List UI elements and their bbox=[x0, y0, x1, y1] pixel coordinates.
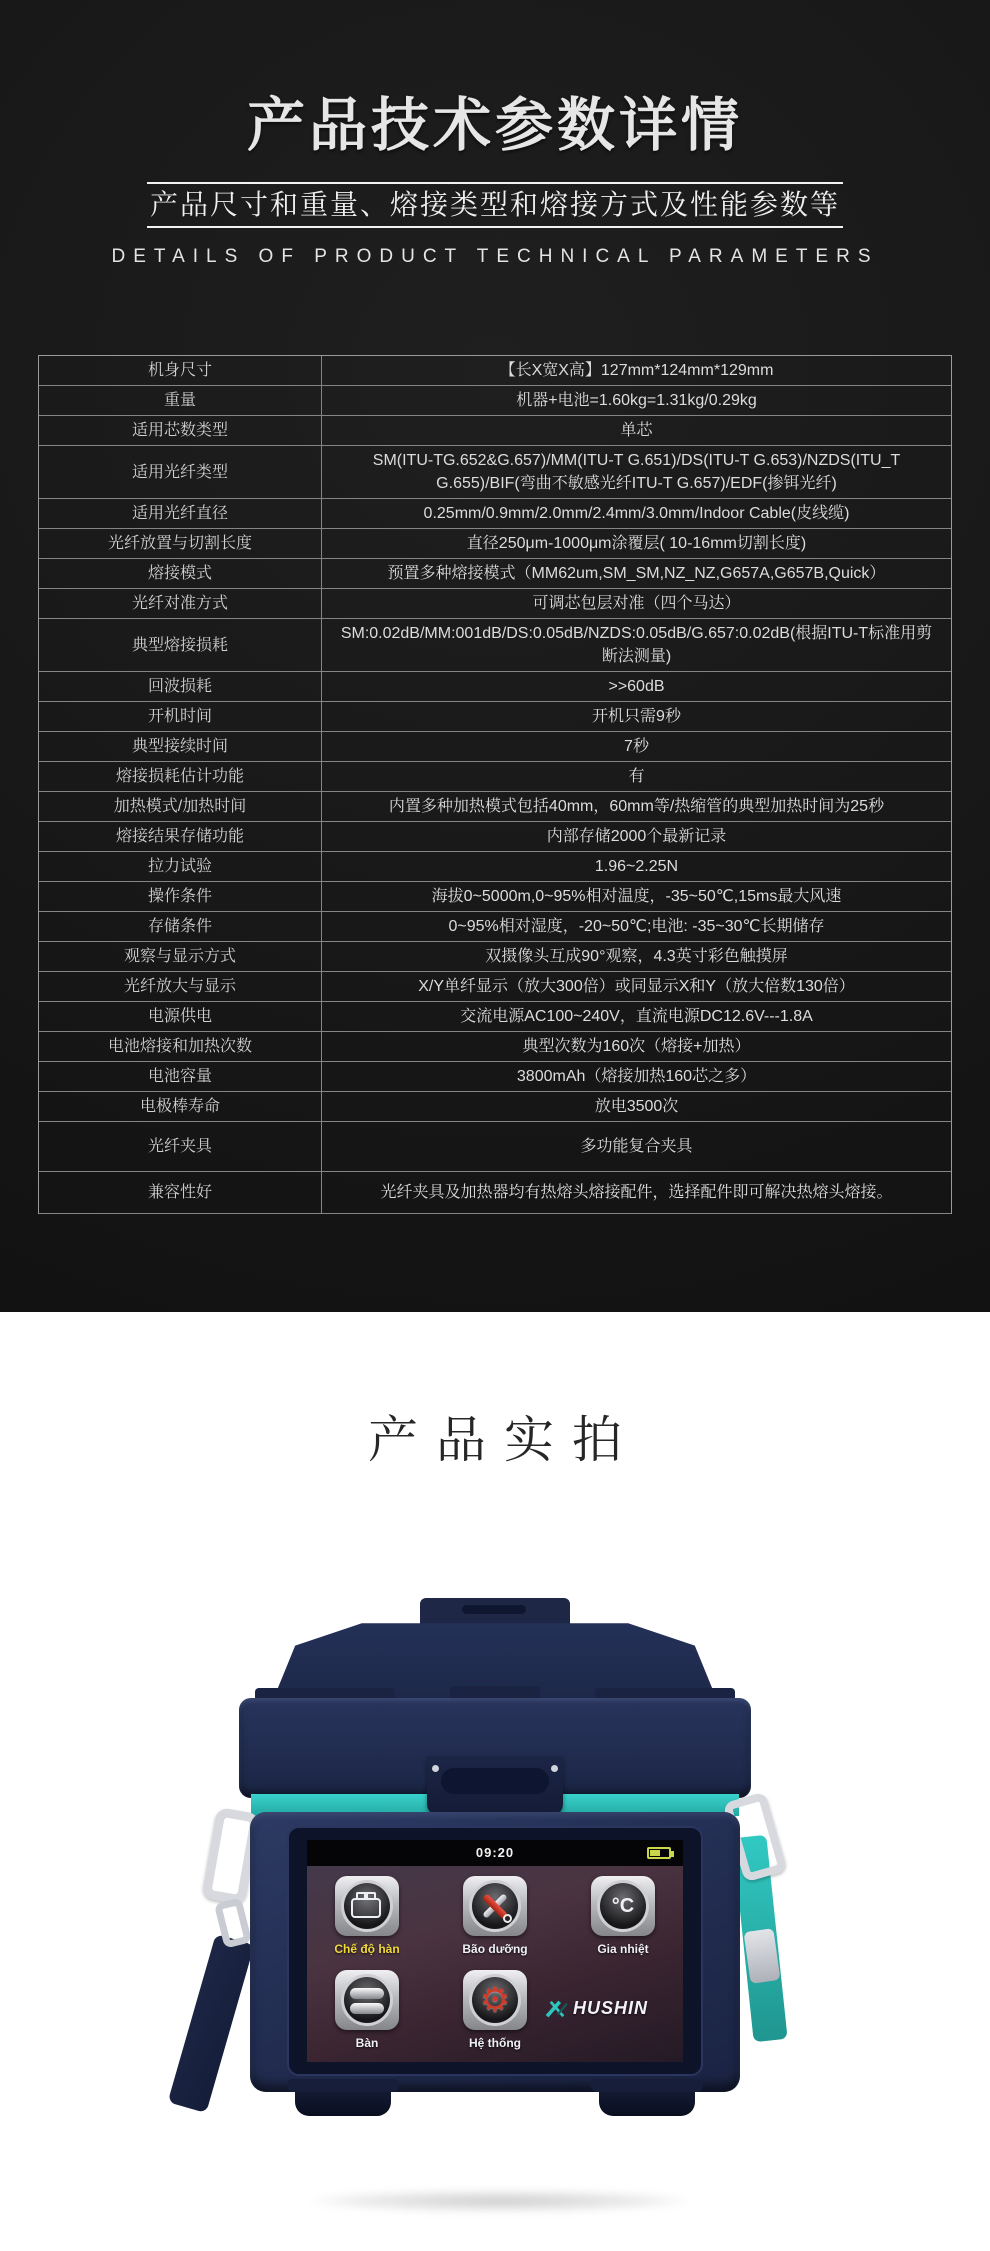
brand-logo: HUSHIN bbox=[545, 1998, 648, 2019]
table-row: 光纤对准方式可调芯包层对准（四个马达） bbox=[39, 589, 951, 619]
device-handle bbox=[420, 1598, 570, 1624]
spec-label: 拉力试验 bbox=[39, 852, 322, 881]
spec-label: 光纤对准方式 bbox=[39, 589, 322, 618]
spec-label: 光纤放大与显示 bbox=[39, 972, 322, 1001]
screen-status-bar: 09:20 bbox=[307, 1840, 683, 1866]
spec-value: 【长X宽X高】127mm*124mm*129mm bbox=[322, 356, 951, 385]
device-screen: 09:20 bbox=[307, 1840, 683, 2062]
section-subtitle-english: DETAILS OF PRODUCT TECHNICAL PARAMETERS bbox=[0, 246, 990, 268]
table-row: 适用芯数类型单芯 bbox=[39, 416, 951, 446]
table-row: 熔接模式预置多种熔接模式（MM62um,SM_SM,NZ_NZ,G657A,G6… bbox=[39, 559, 951, 589]
spec-value: 开机只需9秒 bbox=[322, 702, 951, 731]
spec-label: 光纤夹具 bbox=[39, 1122, 322, 1171]
spec-label: 熔接结果存储功能 bbox=[39, 822, 322, 851]
spec-value: >>60dB bbox=[322, 672, 951, 701]
table-row: 电极棒寿命放电3500次 bbox=[39, 1092, 951, 1122]
latch-hinge-bar bbox=[441, 1768, 549, 1794]
battery-nub bbox=[671, 1851, 674, 1857]
spec-value: 内置多种加热模式包括40mm，60mm等/热缩管的典型加热时间为25秒 bbox=[322, 792, 951, 821]
spec-value: 放电3500次 bbox=[322, 1092, 951, 1121]
gear-glyph: ⚙ bbox=[480, 1982, 510, 2018]
spec-value: 多功能复合夹具 bbox=[322, 1122, 951, 1171]
spec-value: 1.96~2.25N bbox=[322, 852, 951, 881]
spec-label: 存储条件 bbox=[39, 912, 322, 941]
spec-value: 3800mAh（熔接加热160芯之多） bbox=[322, 1062, 951, 1091]
menu-tile-heating: °C bbox=[591, 1876, 655, 1936]
spec-label: 典型熔接损耗 bbox=[39, 619, 322, 671]
spec-value: 机器+电池=1.60kg=1.31kg/0.29kg bbox=[322, 386, 951, 415]
table-row: 开机时间开机只需9秒 bbox=[39, 702, 951, 732]
hinge-pin bbox=[551, 1765, 558, 1772]
spec-label: 适用芯数类型 bbox=[39, 416, 322, 445]
table-row: 适用光纤类型SM(ITU-TG.652&G.657)/MM(ITU-T G.65… bbox=[39, 446, 951, 499]
splice-mode-icon bbox=[341, 1880, 393, 1932]
spec-label: 适用光纤直径 bbox=[39, 499, 322, 528]
battery-fill bbox=[650, 1850, 660, 1856]
spec-value: 可调芯包层对准（四个马达） bbox=[322, 589, 951, 618]
spec-value: 典型次数为160次（熔接+加热） bbox=[322, 1032, 951, 1061]
fusion-splicer-photo: 09:20 bbox=[195, 1598, 795, 2223]
spec-label: 电池熔接和加热次数 bbox=[39, 1032, 322, 1061]
lid-latch bbox=[427, 1756, 563, 1816]
table-row: 适用光纤直径0.25mm/0.9mm/2.0mm/2.4mm/3.0mm/Ind… bbox=[39, 499, 951, 529]
screen-clock: 09:20 bbox=[307, 1840, 683, 1866]
spec-value: 0~95%相对湿度，-20~50℃;电池: -35~30℃长期储存 bbox=[322, 912, 951, 941]
table-row: 拉力试验1.96~2.25N bbox=[39, 852, 951, 882]
spec-label: 熔接模式 bbox=[39, 559, 322, 588]
spec-label: 电源供电 bbox=[39, 1002, 322, 1031]
product-photo-section: 产品实拍 bbox=[0, 1312, 990, 2251]
table-row: 电源供电交流电源AC100~240V，直流电源DC12.6V---1.8A bbox=[39, 1002, 951, 1032]
product-detail-page: 产品技术参数详情 产品尺寸和重量、熔接类型和熔接方式及性能参数等 DETAILS… bbox=[0, 0, 990, 2251]
spec-value: 海拔0~5000m,0~95%相对温度，-35~50℃,15ms最大风速 bbox=[322, 882, 951, 911]
table-row: 光纤夹具多功能复合夹具 bbox=[39, 1122, 951, 1172]
spec-label: 回波损耗 bbox=[39, 672, 322, 701]
maintenance-tools-icon bbox=[469, 1880, 521, 1932]
spec-value: SM:0.02dB/MM:001dB/DS:0.05dB/NZDS:0.05dB… bbox=[322, 619, 951, 671]
brand-name: HUSHIN bbox=[573, 1998, 648, 2019]
heating-icon: °C bbox=[597, 1880, 649, 1932]
spec-label: 光纤放置与切割长度 bbox=[39, 529, 322, 558]
device-foot-left bbox=[295, 2086, 391, 2116]
spec-label: 典型接续时间 bbox=[39, 732, 322, 761]
spec-label: 电极棒寿命 bbox=[39, 1092, 322, 1121]
photo-section-heading: 产品实拍 bbox=[0, 1400, 990, 1472]
electrodes-icon bbox=[341, 1974, 393, 2026]
divider-line-bottom bbox=[147, 226, 843, 228]
electrode-glyph bbox=[350, 1988, 384, 1999]
table-row: 典型接续时间7秒 bbox=[39, 732, 951, 762]
battery-icon bbox=[647, 1847, 671, 1859]
spec-label: 熔接损耗估计功能 bbox=[39, 762, 322, 791]
menu-tile-maintenance bbox=[463, 1876, 527, 1936]
spec-label: 兼容性好 bbox=[39, 1172, 322, 1213]
hinge-pin bbox=[432, 1765, 439, 1772]
spec-value: 7秒 bbox=[322, 732, 951, 761]
spec-value: 交流电源AC100~240V，直流电源DC12.6V---1.8A bbox=[322, 1002, 951, 1031]
table-row: 重量机器+电池=1.60kg=1.31kg/0.29kg bbox=[39, 386, 951, 416]
table-row: 观察与显示方式双摄像头互成90°观察，4.3英寸彩色触摸屏 bbox=[39, 942, 951, 972]
table-row: 光纤放大与显示X/Y单纤显示（放大300倍）或同显示X和Y（放大倍数130倍） bbox=[39, 972, 951, 1002]
table-row: 回波损耗>>60dB bbox=[39, 672, 951, 702]
table-row: 兼容性好光纤夹具及加热器均有热熔头熔接配件，选择配件即可解决热熔头熔接。 bbox=[39, 1172, 951, 1214]
menu-tile-splice-mode bbox=[335, 1876, 399, 1936]
table-row: 电池熔接和加热次数典型次数为160次（熔接+加热） bbox=[39, 1032, 951, 1062]
spec-value: 直径250μm-1000μm涂覆层( 10-16mm切割长度) bbox=[322, 529, 951, 558]
table-row: 光纤放置与切割长度直径250μm-1000μm涂覆层( 10-16mm切割长度) bbox=[39, 529, 951, 559]
table-row: 机身尺寸【长X宽X高】127mm*124mm*129mm bbox=[39, 356, 951, 386]
table-row: 操作条件海拔0~5000m,0~95%相对温度，-35~50℃,15ms最大风速 bbox=[39, 882, 951, 912]
menu-label-splice-mode: Chế độ hàn bbox=[307, 1942, 427, 1956]
section-title: 产品技术参数详情 bbox=[0, 78, 990, 162]
spec-label: 电池容量 bbox=[39, 1062, 322, 1091]
menu-tile-system: ⚙ bbox=[463, 1970, 527, 2030]
menu-label-heating: Gia nhiệt bbox=[563, 1942, 683, 1956]
table-row: 熔接损耗估计功能有 bbox=[39, 762, 951, 792]
spec-label: 适用光纤类型 bbox=[39, 446, 322, 498]
table-row: 加热模式/加热时间内置多种加热模式包括40mm，60mm等/热缩管的典型加热时间… bbox=[39, 792, 951, 822]
splicer-glyph bbox=[351, 1898, 381, 1918]
menu-label-maintenance: Bão dưỡng bbox=[435, 1942, 555, 1956]
spec-label: 观察与显示方式 bbox=[39, 942, 322, 971]
spec-value: X/Y单纤显示（放大300倍）或同显示X和Y（放大倍数130倍） bbox=[322, 972, 951, 1001]
spec-value: SM(ITU-TG.652&G.657)/MM(ITU-T G.651)/DS(… bbox=[322, 446, 951, 498]
spec-value: 光纤夹具及加热器均有热熔头熔接配件，选择配件即可解决热熔头熔接。 bbox=[322, 1172, 951, 1213]
brand-x-icon bbox=[545, 2000, 569, 2018]
system-gear-icon: ⚙ bbox=[469, 1974, 521, 2026]
electrode-glyph bbox=[350, 2003, 384, 2014]
spec-value: 双摄像头互成90°观察，4.3英寸彩色触摸屏 bbox=[322, 942, 951, 971]
spec-table: 机身尺寸【长X宽X高】127mm*124mm*129mm 重量机器+电池=1.6… bbox=[38, 355, 952, 1214]
spec-value: 0.25mm/0.9mm/2.0mm/2.4mm/3.0mm/Indoor Ca… bbox=[322, 499, 951, 528]
spec-value: 内部存储2000个最新记录 bbox=[322, 822, 951, 851]
spec-label: 加热模式/加热时间 bbox=[39, 792, 322, 821]
spec-label: 重量 bbox=[39, 386, 322, 415]
table-row: 典型熔接损耗SM:0.02dB/MM:001dB/DS:0.05dB/NZDS:… bbox=[39, 619, 951, 672]
device-foot-right bbox=[599, 2086, 695, 2116]
divider-line-top bbox=[147, 182, 843, 184]
left-strap bbox=[168, 1934, 255, 2113]
spec-label: 开机时间 bbox=[39, 702, 322, 731]
spec-value: 单芯 bbox=[322, 416, 951, 445]
spec-label: 操作条件 bbox=[39, 882, 322, 911]
handle-slot bbox=[462, 1605, 526, 1614]
celsius-glyph: °C bbox=[612, 1895, 634, 1918]
menu-label-electrodes: Bàn bbox=[307, 2036, 427, 2050]
spec-label: 机身尺寸 bbox=[39, 356, 322, 385]
menu-label-system: Hệ thống bbox=[435, 2036, 555, 2050]
table-row: 存储条件0~95%相对湿度，-20~50℃;电池: -35~30℃长期储存 bbox=[39, 912, 951, 942]
ring-glyph bbox=[503, 1914, 512, 1923]
tech-params-section: 产品技术参数详情 产品尺寸和重量、熔接类型和熔接方式及性能参数等 DETAILS… bbox=[0, 0, 990, 1312]
section-subtitle: 产品尺寸和重量、熔接类型和熔接方式及性能参数等 bbox=[0, 187, 990, 223]
device-shadow bbox=[310, 2190, 690, 2212]
menu-tile-electrodes bbox=[335, 1970, 399, 2030]
spec-value: 预置多种熔接模式（MM62um,SM_SM,NZ_NZ,G657A,G657B,… bbox=[322, 559, 951, 588]
table-row: 电池容量3800mAh（熔接加热160芯之多） bbox=[39, 1062, 951, 1092]
spec-value: 有 bbox=[322, 762, 951, 791]
table-row: 熔接结果存储功能内部存储2000个最新记录 bbox=[39, 822, 951, 852]
screen-menu: °C ⚙ bbox=[307, 1866, 683, 2062]
